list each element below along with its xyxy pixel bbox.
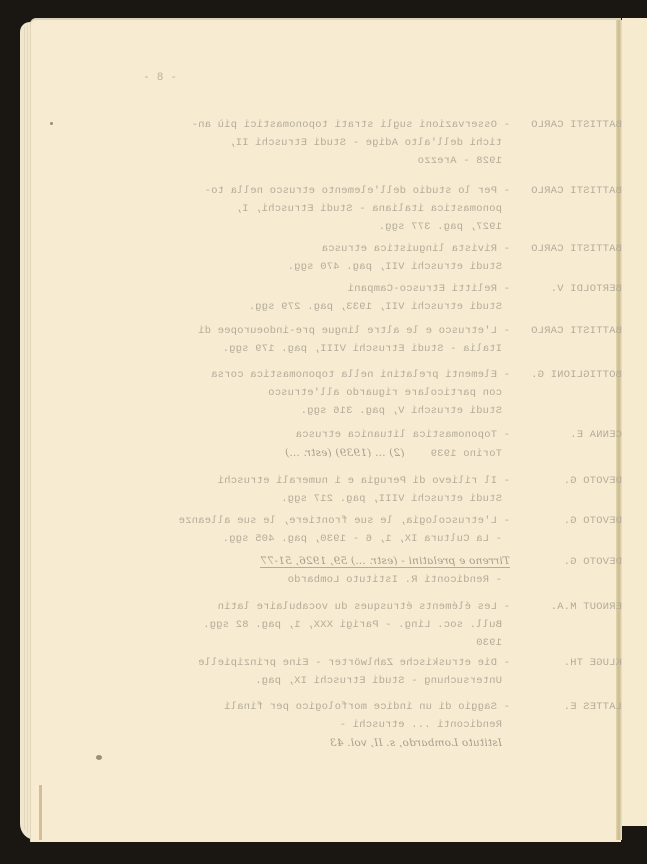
- entry-line: Untersuchung - Studi Etruschi IX, pag.: [102, 672, 622, 690]
- entry-author: CENNA E.: [510, 426, 622, 444]
- entry-author: BATTISTI CARLO: [510, 116, 622, 134]
- entry-line: ponomastica italiana - Studi Etruschi, I…: [102, 200, 622, 218]
- entry-line: - Saggio di un indice morfologico per fi…: [224, 701, 510, 713]
- entry-line: - Osservazioni sugli strati toponomastic…: [191, 119, 510, 131]
- bibliography-entry: BATTISTI CARLO- Per lo studio dell'eleme…: [102, 182, 622, 236]
- bibliography-entry: DEVOTO G.- Il rilievo di Perugia e i num…: [102, 472, 622, 508]
- bibliography-entry: BATTISTI CARLO- Rivista linguistica etru…: [102, 240, 622, 276]
- entry-author: BERTOLDI V.: [510, 280, 622, 298]
- entry-author: KLUGE TH.: [510, 654, 622, 672]
- entry-line: Studi etruschi VIII, pag. 217 sgg.: [102, 490, 622, 508]
- entry-line: Studi etruschi VII, 1933, pag. 279 sgg.: [102, 298, 622, 316]
- bibliography-entry: LATTES E.- Saggio di un indice morfologi…: [102, 698, 622, 752]
- entry-author: BATTISTI CARLO: [510, 240, 622, 258]
- entry-line: - Per lo studio dell'elemento etrusco ne…: [204, 185, 510, 197]
- entry-author: BATTISTI CARLO: [510, 182, 622, 200]
- entry-line: - Rendiconti R. Istituto Lombardo: [102, 571, 622, 589]
- entry-line: Studi etruschi V, pag. 316 sgg.: [102, 402, 622, 420]
- entry-author: DEVOTO G.: [510, 512, 622, 530]
- entry-author: BATTISTI CARLO: [510, 322, 622, 340]
- entry-author: DEVOTO G.: [510, 472, 622, 490]
- bibliography-entry: BERTOLDI V.- Relitti Etrusco-Campani Stu…: [102, 280, 622, 316]
- bibliography-entry: KLUGE TH.- Die etruskische Zahlwörter - …: [102, 654, 622, 690]
- page-number: - 8 -: [143, 72, 177, 84]
- bibliography-entry: CENNA E.- Toponomastica lituanica etrusc…: [102, 426, 622, 463]
- entry-line: - Les éléments étrusques du vocabulaire …: [217, 601, 510, 613]
- entry-line: Studi etruschi VII, pag. 470 sgg.: [102, 258, 622, 276]
- entry-line: Torino 1939: [430, 448, 502, 460]
- bibliography-entry: BOTTIGLIONI G.- Elementi prelatini nella…: [102, 366, 622, 420]
- entry-line: - Toponomastica lituanica etrusca: [295, 429, 510, 441]
- entry-line: tichi dell'alto Adige - Studi Etruschi I…: [102, 134, 622, 152]
- mirrored-show-through-text: - 8 - BATTISTI CARLO- Osservazioni sugli…: [0, 0, 647, 864]
- bibliography-entry: DEVOTO G.Tirreno e prelatini - (estr. ..…: [102, 552, 622, 589]
- entry-author: BOTTIGLIONI G.: [510, 366, 622, 384]
- entry-line: Bull. soc. Ling. - Parigi XXX, 1, pag. 8…: [102, 616, 622, 634]
- entry-line: Italia - Studi Etruschi VIII, pag. 179 s…: [102, 340, 622, 358]
- entry-line: con particolare riguardo all'etrusco: [102, 384, 622, 402]
- entry-line: - Rivista linguistica etrusca: [321, 243, 510, 255]
- entry-line: - Elementi prelatini nella toponomastica…: [211, 369, 510, 381]
- entry-line: - L'etrusco e le altre lingue pre-indoeu…: [198, 325, 510, 337]
- bibliography-entry: BATTISTI CARLO- L'etrusco e le altre lin…: [102, 322, 622, 358]
- entry-line: - Relitti Etrusco-Campani: [347, 283, 510, 295]
- entry-line: - Die etruskische Zahlwörter - Eine prin…: [198, 657, 510, 669]
- entry-line: - L'etruscologia, le sue frontiere, le s…: [178, 515, 510, 527]
- entry-author: ERNOUT M.A.: [510, 598, 622, 616]
- entry-line: 1928 - Arezzo: [102, 152, 622, 170]
- entry-line: - La Cultura IX, 1, 6 - 1930, pag. 405 s…: [102, 530, 622, 548]
- entry-author: LATTES E.: [510, 698, 622, 716]
- handwritten-annotation: (2) ... (1939) (estr. ...): [285, 447, 405, 459]
- bibliography-entry: ERNOUT M.A.- Les éléments étrusques du v…: [102, 598, 622, 652]
- handwritten-annotation: Tirreno e prelatini - (estr. ...) 59, 19…: [261, 555, 511, 568]
- entry-line: 1927, pag. 377 sgg.: [102, 218, 622, 236]
- entry-author: DEVOTO G.: [510, 553, 622, 571]
- bibliography-entry: DEVOTO G.- L'etruscologia, le sue fronti…: [102, 512, 622, 548]
- bibliography-entry: BATTISTI CARLO- Osservazioni sugli strat…: [102, 116, 622, 170]
- handwritten-annotation: Istituto Lombardo, s. II, vol. 43: [102, 734, 622, 752]
- entry-line: Rendiconti ... etruschi -: [102, 716, 622, 734]
- entry-line: 1930: [102, 634, 622, 652]
- entry-line: - Il rilievo di Perugia e i numerali etr…: [217, 475, 510, 487]
